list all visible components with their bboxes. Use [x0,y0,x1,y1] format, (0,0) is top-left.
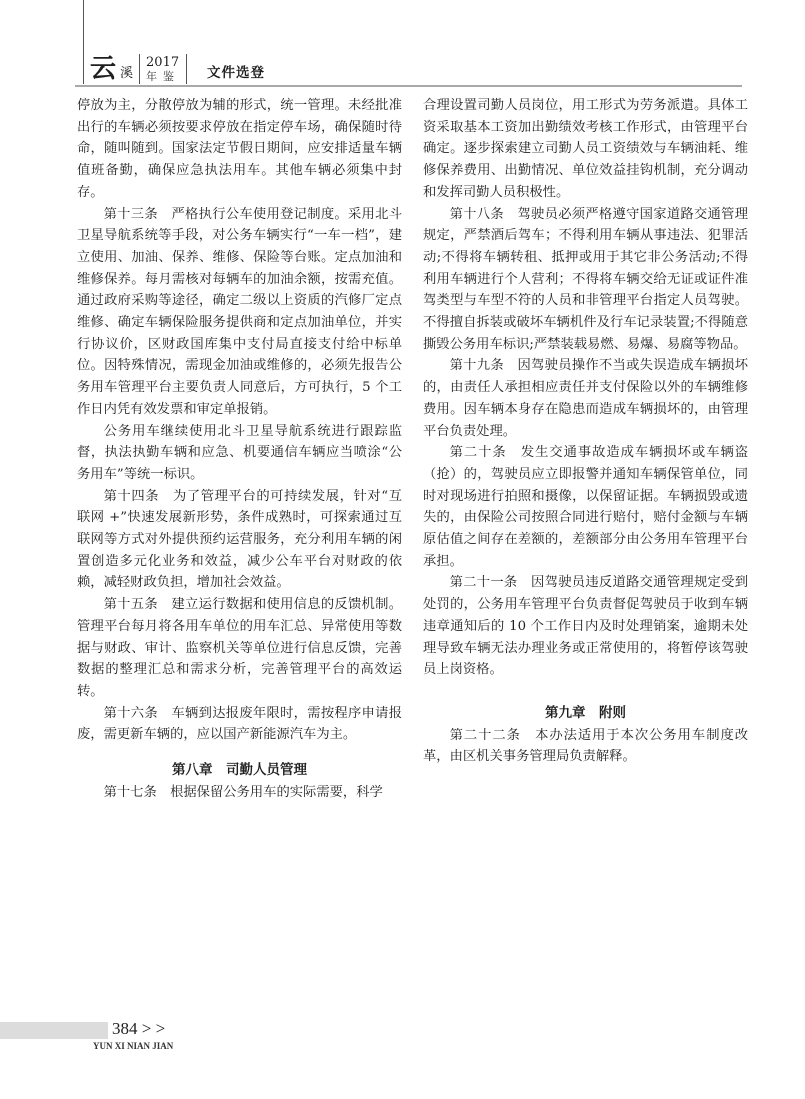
paragraph: 第十五条 建立运行数据和使用信息的反馈机制。管理平台每月将各用车单位的用车汇总、… [77,594,402,703]
header-separator [139,54,140,84]
left-column: 停放为主，分散停放为辅的形式，统一管理。未经批准出行的车辆必须按要求停放在指定停… [77,95,402,804]
nianjian-label: 年鉴 [146,70,180,84]
footer-bar [0,1022,108,1039]
paragraph: 合理设置司勤人员岗位，用工形式为劳务派遣。具体工资采取基本工资加出勤绩效考核工作… [423,95,748,204]
paragraph: 第十四条 为了管理平台的可持续发展，针对“互联网 +”快速发展新形势，条件成熟时… [77,486,402,595]
running-header: 云 溪 2017 年鉴 文件选登 [90,50,265,84]
paragraph: 第二十条 发生交通事故造成车辆损坏或车辆盗（抢）的，驾驶员应立即报警并通知车辆保… [423,442,748,572]
header-rule [75,85,742,87]
paragraph: 第十九条 因驾驶员操作不当或失误造成车辆损坏的，由责任人承担相应责任并支付保险以… [423,355,748,442]
paragraph: 第十七条 根据保留公务用车的实际需要，科学 [77,782,402,804]
paragraph: 停放为主，分散停放为辅的形式，统一管理。未经批准出行的车辆必须按要求停放在指定停… [77,95,402,204]
right-column: 合理设置司勤人员岗位，用工形式为劳务派遣。具体工资采取基本工资加出勤绩效考核工作… [423,95,748,768]
header-separator-2 [186,54,187,84]
paragraph: 第二十一条 因驾驶员违反道路交通管理规定受到处罚的，公务用车管理平台负责督促驾驶… [423,572,748,681]
logo-xi: 溪 [120,62,133,81]
year: 2017 [146,55,179,70]
chapter-heading: 第九章 附则 [423,703,748,725]
yearbook-label: 2017 年鉴 [146,55,180,84]
section-title: 文件选登 [207,61,265,81]
chapter-heading: 第八章 司勤人员管理 [77,760,402,782]
logo-yun: 云 [90,56,116,82]
page-number: 384 > > [112,1018,165,1040]
paragraph: 公务用车继续使用北斗卫星导航系统进行跟踪监督，执法执勤车辆和应急、机要通信车辆应… [77,421,402,486]
header-vertical-rule [83,0,84,84]
paragraph: 第二十二条 本办法适用于本次公务用车制度改革，由区机关事务管理局负责解释。 [423,725,748,768]
paragraph: 第十三条 严格执行公车使用登记制度。采用北斗卫星导航系统等手段，对公务车辆实行“… [77,204,402,421]
footer-subtitle: YUN XI NIAN JIAN [93,1041,173,1051]
paragraph: 第十六条 车辆到达报废年限时，需按程序申请报废，需更新车辆的，应以国产新能源汽车… [77,703,402,746]
paragraph: 第十八条 驾驶员必须严格遵守国家道路交通管理规定，严禁酒后驾车；不得利用车辆从事… [423,204,748,356]
